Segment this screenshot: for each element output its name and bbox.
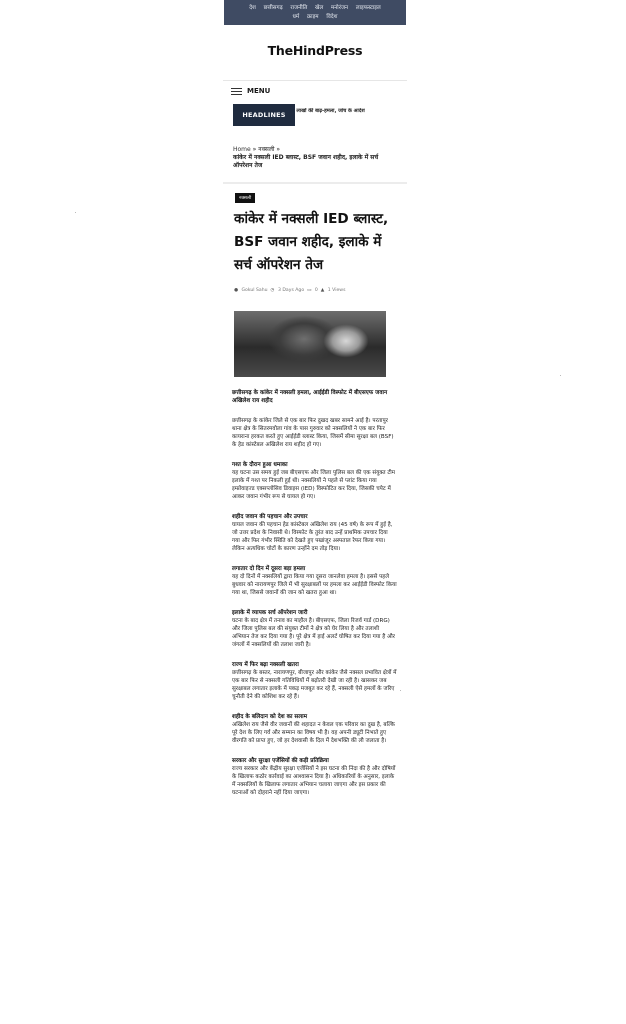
article-title: कांकेर में नक्सली IED ब्लास्ट, BSF जवान …	[234, 208, 399, 277]
article-meta: ● Gokul Sahu ◷ 3 Days Ago ▭ 0 ▲ 1 Views	[234, 287, 394, 295]
nav-item-desh[interactable]: देश	[249, 4, 256, 13]
section-heading: लगातार दो दिन में दूसरा बड़ा हमला	[232, 565, 397, 573]
nav-item-chhattisgarh[interactable]: छत्तीसगढ़	[264, 4, 283, 13]
article-body: छत्तीसगढ़ के कांकेर में नक्सली हमला, आईई…	[232, 389, 397, 797]
menu-button[interactable]: MENU	[231, 87, 407, 95]
section-body: यह घटना उस समय हुई जब बीएसएफ और जिला पुल…	[232, 469, 397, 501]
scanned-webpage: देश छत्तीसगढ़ राजनीति खेल मनोरंजन लाइफस्…	[223, 0, 407, 809]
nav-item-world[interactable]: विदेश	[326, 13, 337, 22]
section-heading: सरकार और सुरक्षा एजेंसियों की कड़ी प्रति…	[232, 757, 397, 765]
section-body: राज्य सरकार और केंद्रीय सुरक्षा एजेंसियो…	[232, 765, 397, 797]
nav-item-lifestyle[interactable]: लाइफस्टाइल	[356, 4, 381, 13]
article-hero-image	[234, 311, 386, 377]
article-subtitle: छत्तीसगढ़ के कांकेर में नक्सली हमला, आईई…	[232, 389, 397, 405]
views-icon: ▲	[321, 288, 325, 293]
ticker-text[interactable]: ...ड़ी लाखों की बाढ़-हमला, जांच के आदेश	[285, 108, 405, 114]
hamburger-icon	[231, 88, 242, 95]
nav-item-sports[interactable]: खेल	[315, 4, 323, 13]
section-body: छत्तीसगढ़ के बस्तर, नारायणपुर, बीजापुर औ…	[232, 669, 397, 701]
breadcrumb-separator: »	[276, 146, 280, 153]
breadcrumb-category[interactable]: नक्सली	[258, 146, 274, 153]
nav-item-religion[interactable]: धर्म	[293, 13, 300, 22]
section-body: घायल जवान की पहचान हेड कांस्टेबल अखिलेश …	[232, 521, 397, 553]
nav-item-politics[interactable]: राजनीति	[290, 4, 307, 13]
scan-speck	[400, 690, 401, 691]
clock-icon: ◷	[271, 288, 275, 293]
nav-item-entertainment[interactable]: मनोरंजन	[331, 4, 348, 13]
top-navigation: देश छत्तीसगढ़ राजनीति खेल मनोरंजन लाइफस्…	[224, 0, 406, 25]
section-heading: राज्य में फिर बढ़ा नक्सली खतरा	[232, 661, 397, 669]
post-time: 3 Days Ago	[278, 288, 304, 293]
headlines-label: HEADLINES	[233, 104, 295, 126]
nav-item-crime[interactable]: क्राइम	[307, 13, 319, 22]
breadcrumb: Home » नक्सली » कांकेर में नक्सली IED ब्…	[233, 146, 393, 170]
author-name[interactable]: Gokul Sahu	[241, 288, 267, 293]
comment-icon: ▭	[307, 288, 311, 293]
category-badge[interactable]: नक्सली	[235, 193, 255, 203]
section-heading: इलाके में व्यापक सर्च ऑपरेशन जारी	[232, 609, 397, 617]
scan-speck	[560, 375, 561, 376]
comment-count[interactable]: 0	[315, 288, 318, 293]
section-body: घटना के बाद क्षेत्र में तनाव का माहौल है…	[232, 617, 397, 649]
section-heading: शहीद के बलिदान को देश का सलाम	[232, 713, 397, 721]
breadcrumb-current: कांकेर में नक्सली IED ब्लास्ट, BSF जवान …	[233, 154, 378, 169]
header-divider	[223, 80, 407, 81]
section-heading: शहीद जवान की पहचान और उपचार	[232, 513, 397, 521]
user-icon: ●	[234, 288, 238, 293]
view-count: 1 Views	[328, 288, 346, 293]
section-divider	[223, 182, 407, 184]
scan-speck	[75, 212, 76, 213]
breadcrumb-home[interactable]: Home	[233, 146, 251, 153]
menu-label: MENU	[247, 87, 270, 95]
breadcrumb-separator: »	[253, 146, 257, 153]
article-lead: छत्तीसगढ़ के कांकेर जिले से एक बार फिर द…	[232, 417, 397, 449]
section-heading: गश्त के दौरान हुआ धमाका	[232, 461, 397, 469]
section-body: अखिलेश राय जैसे वीर जवानों की शहादत न के…	[232, 721, 397, 745]
site-logo[interactable]: TheHindPress	[223, 43, 407, 58]
section-body: यह दो दिनों में नक्सलियों द्वारा किया गय…	[232, 573, 397, 597]
headlines-ticker: ...ड़ी लाखों की बाढ़-हमला, जांच के आदेश …	[223, 104, 407, 128]
